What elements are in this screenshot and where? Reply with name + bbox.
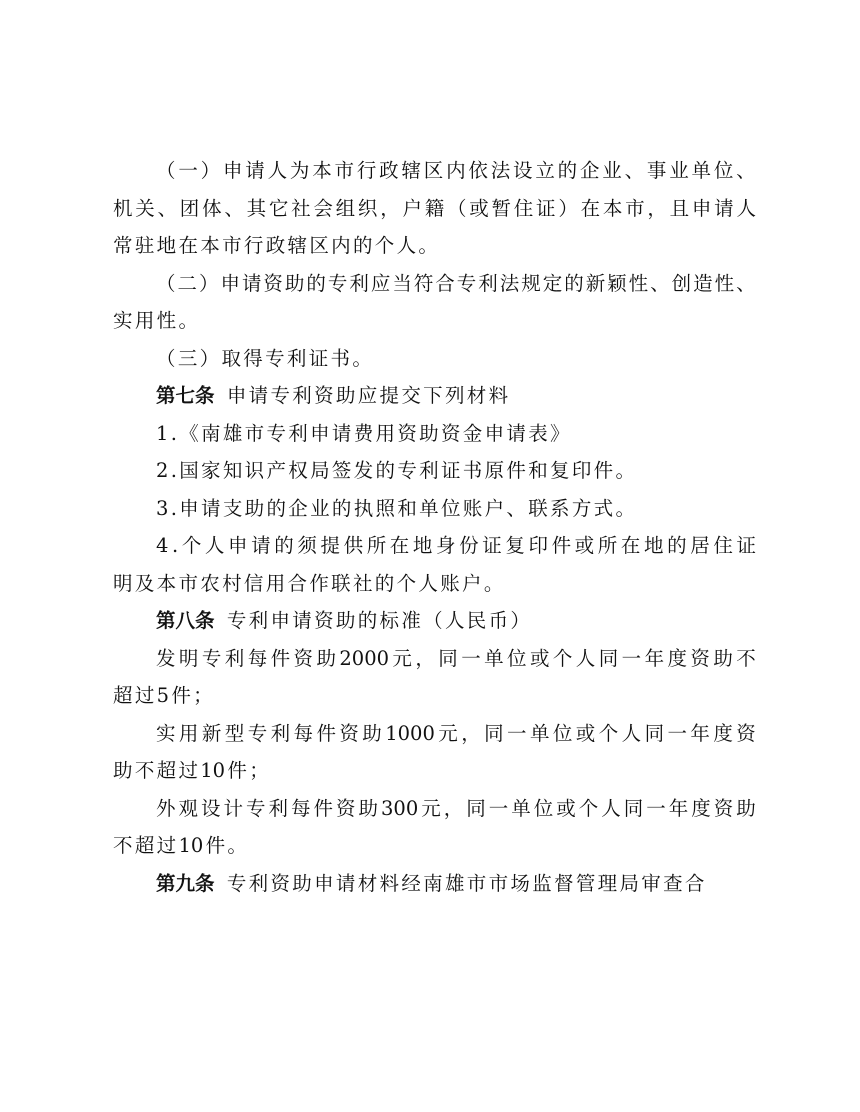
- text-line: 实用新型专利每件资助1000元，同一单位或个人同一年度资: [113, 715, 756, 753]
- text-line: 助不超过10件；: [113, 752, 756, 790]
- article-number: 第七条: [156, 377, 215, 415]
- article-number: 第八条: [156, 602, 215, 640]
- text-line: 第九条专利资助申请材料经南雄市市场监督管理局审查合: [113, 865, 756, 903]
- text-line: 4.个人申请的须提供所在地身份证复印件或所在地的居住证: [113, 527, 756, 565]
- text-line: 2.国家知识产权局签发的专利证书原件和复印件。: [113, 452, 756, 490]
- text-line: （三）取得专利证书。: [113, 340, 756, 378]
- document-page: （一）申请人为本市行政辖区内依法设立的企业、事业单位、机关、团体、其它社会组织，…: [0, 0, 860, 1112]
- document-body: （一）申请人为本市行政辖区内依法设立的企业、事业单位、机关、团体、其它社会组织，…: [113, 152, 756, 902]
- text-line: 发明专利每件资助2000元，同一单位或个人同一年度资助不: [113, 640, 756, 678]
- paragraph-article-8-heading: 第八条专利申请资助的标准（人民币）: [113, 602, 756, 640]
- text-line: 第八条专利申请资助的标准（人民币）: [113, 602, 756, 640]
- paragraph-article-7-item-1: 1.《南雄市专利申请费用资助资金申请表》: [113, 415, 756, 453]
- text-line: 常驻地在本市行政辖区内的个人。: [113, 227, 756, 265]
- paragraph-article-8-utility: 实用新型专利每件资助1000元，同一单位或个人同一年度资助不超过10件；: [113, 715, 756, 790]
- paragraph-article-7-heading: 第七条申请专利资助应提交下列材料: [113, 377, 756, 415]
- paragraph-article-8-design: 外观设计专利每件资助300元，同一单位或个人同一年度资助不超过10件。: [113, 790, 756, 865]
- text-line: 实用性。: [113, 302, 756, 340]
- article-number: 第九条: [156, 865, 215, 903]
- text-line: 超过5件；: [113, 677, 756, 715]
- paragraph-clause-6-item-2: （二）申请资助的专利应当符合专利法规定的新颖性、创造性、实用性。: [113, 265, 756, 340]
- paragraph-article-7-item-2: 2.国家知识产权局签发的专利证书原件和复印件。: [113, 452, 756, 490]
- paragraph-article-9-heading: 第九条专利资助申请材料经南雄市市场监督管理局审查合: [113, 865, 756, 903]
- text-line: 机关、团体、其它社会组织，户籍（或暂住证）在本市，且申请人: [113, 190, 756, 228]
- text-line: 第七条申请专利资助应提交下列材料: [113, 377, 756, 415]
- text-line: （二）申请资助的专利应当符合专利法规定的新颖性、创造性、: [113, 265, 756, 303]
- paragraph-article-7-item-4: 4.个人申请的须提供所在地身份证复印件或所在地的居住证明及本市农村信用合作联社的…: [113, 527, 756, 602]
- text-line: （一）申请人为本市行政辖区内依法设立的企业、事业单位、: [113, 152, 756, 190]
- paragraph-clause-6-item-3: （三）取得专利证书。: [113, 340, 756, 378]
- text-line: 外观设计专利每件资助300元，同一单位或个人同一年度资助: [113, 790, 756, 828]
- text-line: 明及本市农村信用合作联社的个人账户。: [113, 565, 756, 603]
- paragraph-clause-6-item-1: （一）申请人为本市行政辖区内依法设立的企业、事业单位、机关、团体、其它社会组织，…: [113, 152, 756, 265]
- text-line: 3.申请支助的企业的执照和单位账户、联系方式。: [113, 490, 756, 528]
- paragraph-article-7-item-3: 3.申请支助的企业的执照和单位账户、联系方式。: [113, 490, 756, 528]
- paragraph-article-8-invention: 发明专利每件资助2000元，同一单位或个人同一年度资助不超过5件；: [113, 640, 756, 715]
- text-line: 不超过10件。: [113, 827, 756, 865]
- text-line: 1.《南雄市专利申请费用资助资金申请表》: [113, 415, 756, 453]
